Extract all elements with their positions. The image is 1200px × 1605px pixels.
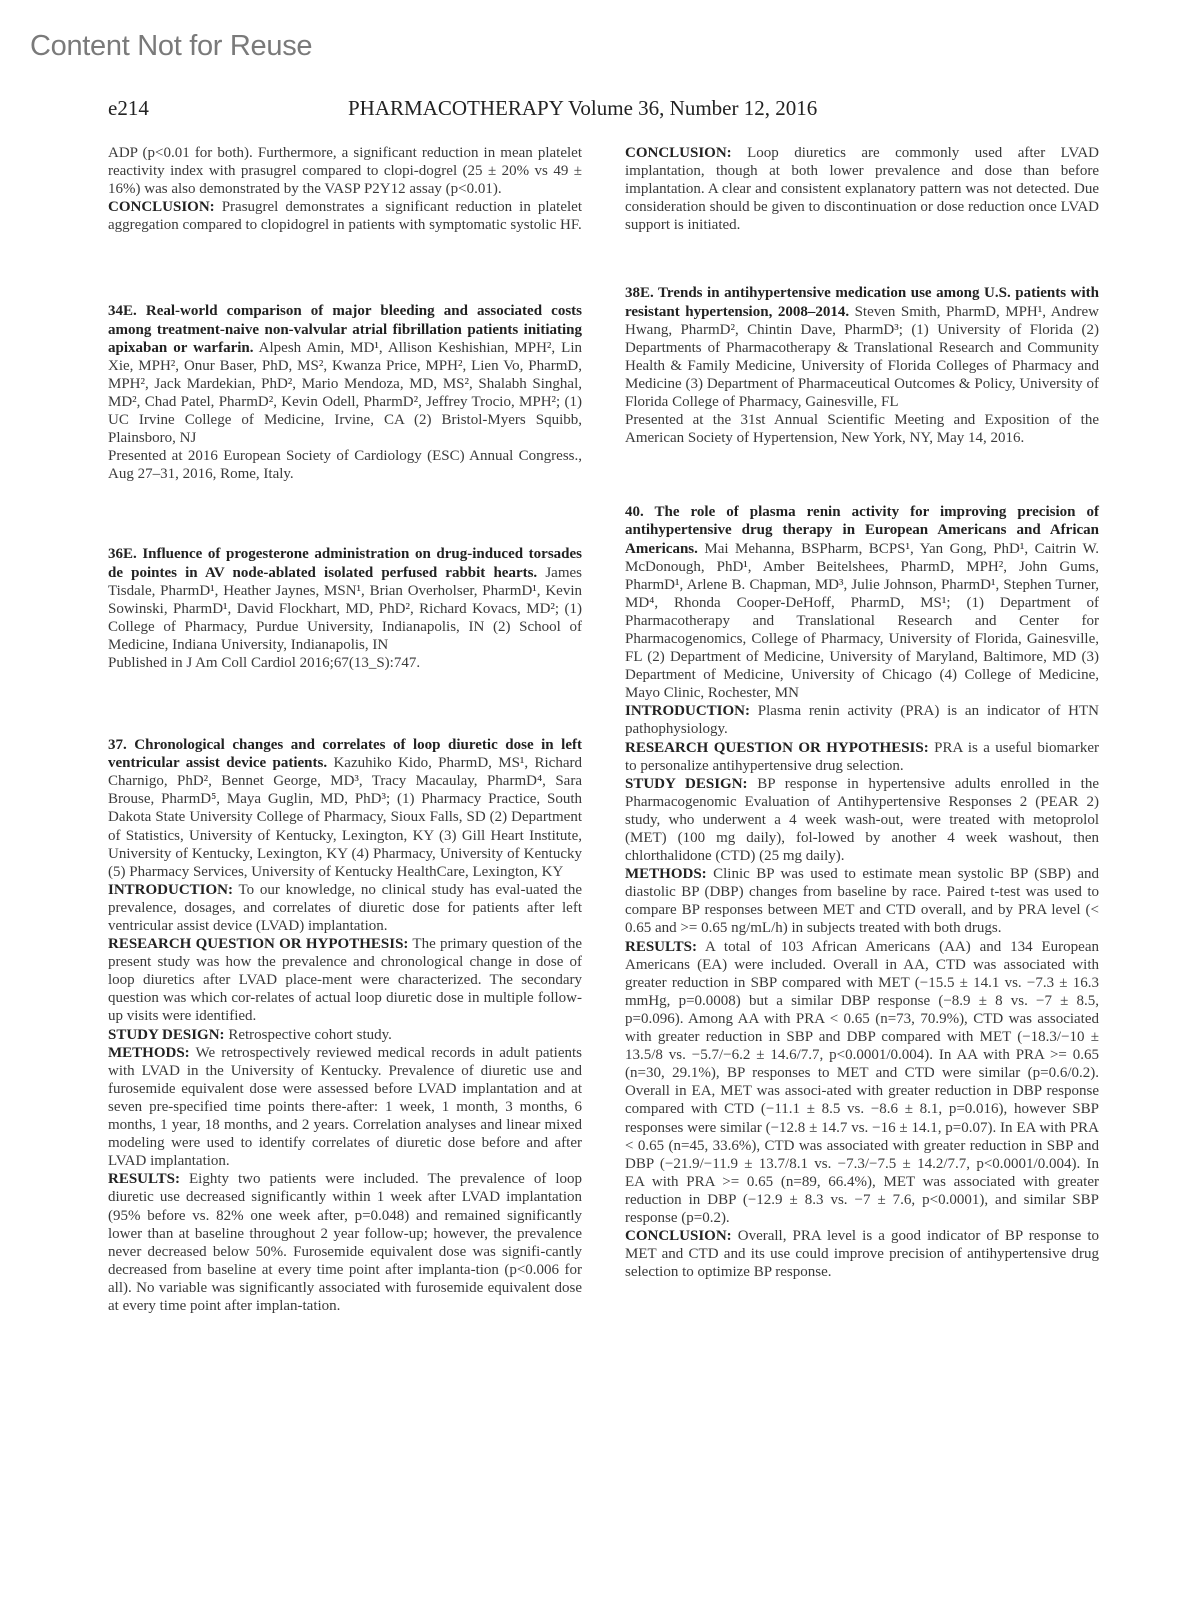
section-label: RESULTS: [108,1171,180,1187]
results-text: Eighty two patients were included. The p… [108,1171,582,1314]
abstract-37: 37. Chronological changes and correlates… [108,736,582,1315]
section-label: STUDY DESIGN: [108,1027,225,1043]
abstract-38E: 38E. Trends in antihypertensive medicati… [625,284,1099,447]
section-label: RESEARCH QUESTION OR HYPOTHESIS: [625,740,929,756]
watermark: Content Not for Reuse [30,30,312,63]
section-label: INTRODUCTION: [625,703,750,719]
page-number: e214 [108,96,149,121]
abstract-continued-right: CONCLUSION: Loop diuretics are commonly … [625,144,1099,234]
section-label: METHODS: [625,866,707,882]
section-label: RESULTS: [625,939,697,955]
publication-note: Published in J Am Coll Cardiol 2016;67(1… [108,654,582,672]
presentation-note: Presented at 2016 European Society of Ca… [108,447,582,483]
section-label: RESEARCH QUESTION OR HYPOTHESIS: [108,936,408,952]
abstract-40: 40. The role of plasma renin activity fo… [625,503,1099,1281]
section-label: STUDY DESIGN: [625,776,748,792]
section-label: INTRODUCTION: [108,882,233,898]
design-text: Retrospective cohort study. [225,1027,392,1043]
abstract-36E: 36E. Influence of progesterone administr… [108,545,582,672]
section-label: METHODS: [108,1045,190,1061]
abstract-continued-left: ADP (p<0.01 for both). Furthermore, a si… [108,144,582,234]
section-label: CONCLUSION: [625,145,732,161]
left-column: ADP (p<0.01 for both). Furthermore, a si… [108,144,582,1315]
journal-title: PHARMACOTHERAPY Volume 36, Number 12, 20… [348,96,817,121]
methods-text: We retrospectively reviewed medical reco… [108,1045,582,1170]
right-column: CONCLUSION: Loop diuretics are commonly … [625,144,1099,1281]
abstract-title: 36E. Influence of progesterone administr… [108,546,582,580]
abstract-authors: Mai Mehanna, BSPharm, BCPS¹, Yan Gong, P… [625,541,1099,702]
abstract-34E: 34E. Real-world comparison of major blee… [108,302,582,483]
presentation-note: Presented at the 31st Annual Scientific … [625,411,1099,447]
abstract-authors: Kazuhiko Kido, PharmD, MS¹, Richard Char… [108,755,582,880]
results-text: ADP (p<0.01 for both). Furthermore, a si… [108,144,582,198]
section-label: CONCLUSION: [108,199,215,215]
section-label: CONCLUSION: [625,1228,732,1244]
results-text: A total of 103 African Americans (AA) an… [625,939,1099,1226]
